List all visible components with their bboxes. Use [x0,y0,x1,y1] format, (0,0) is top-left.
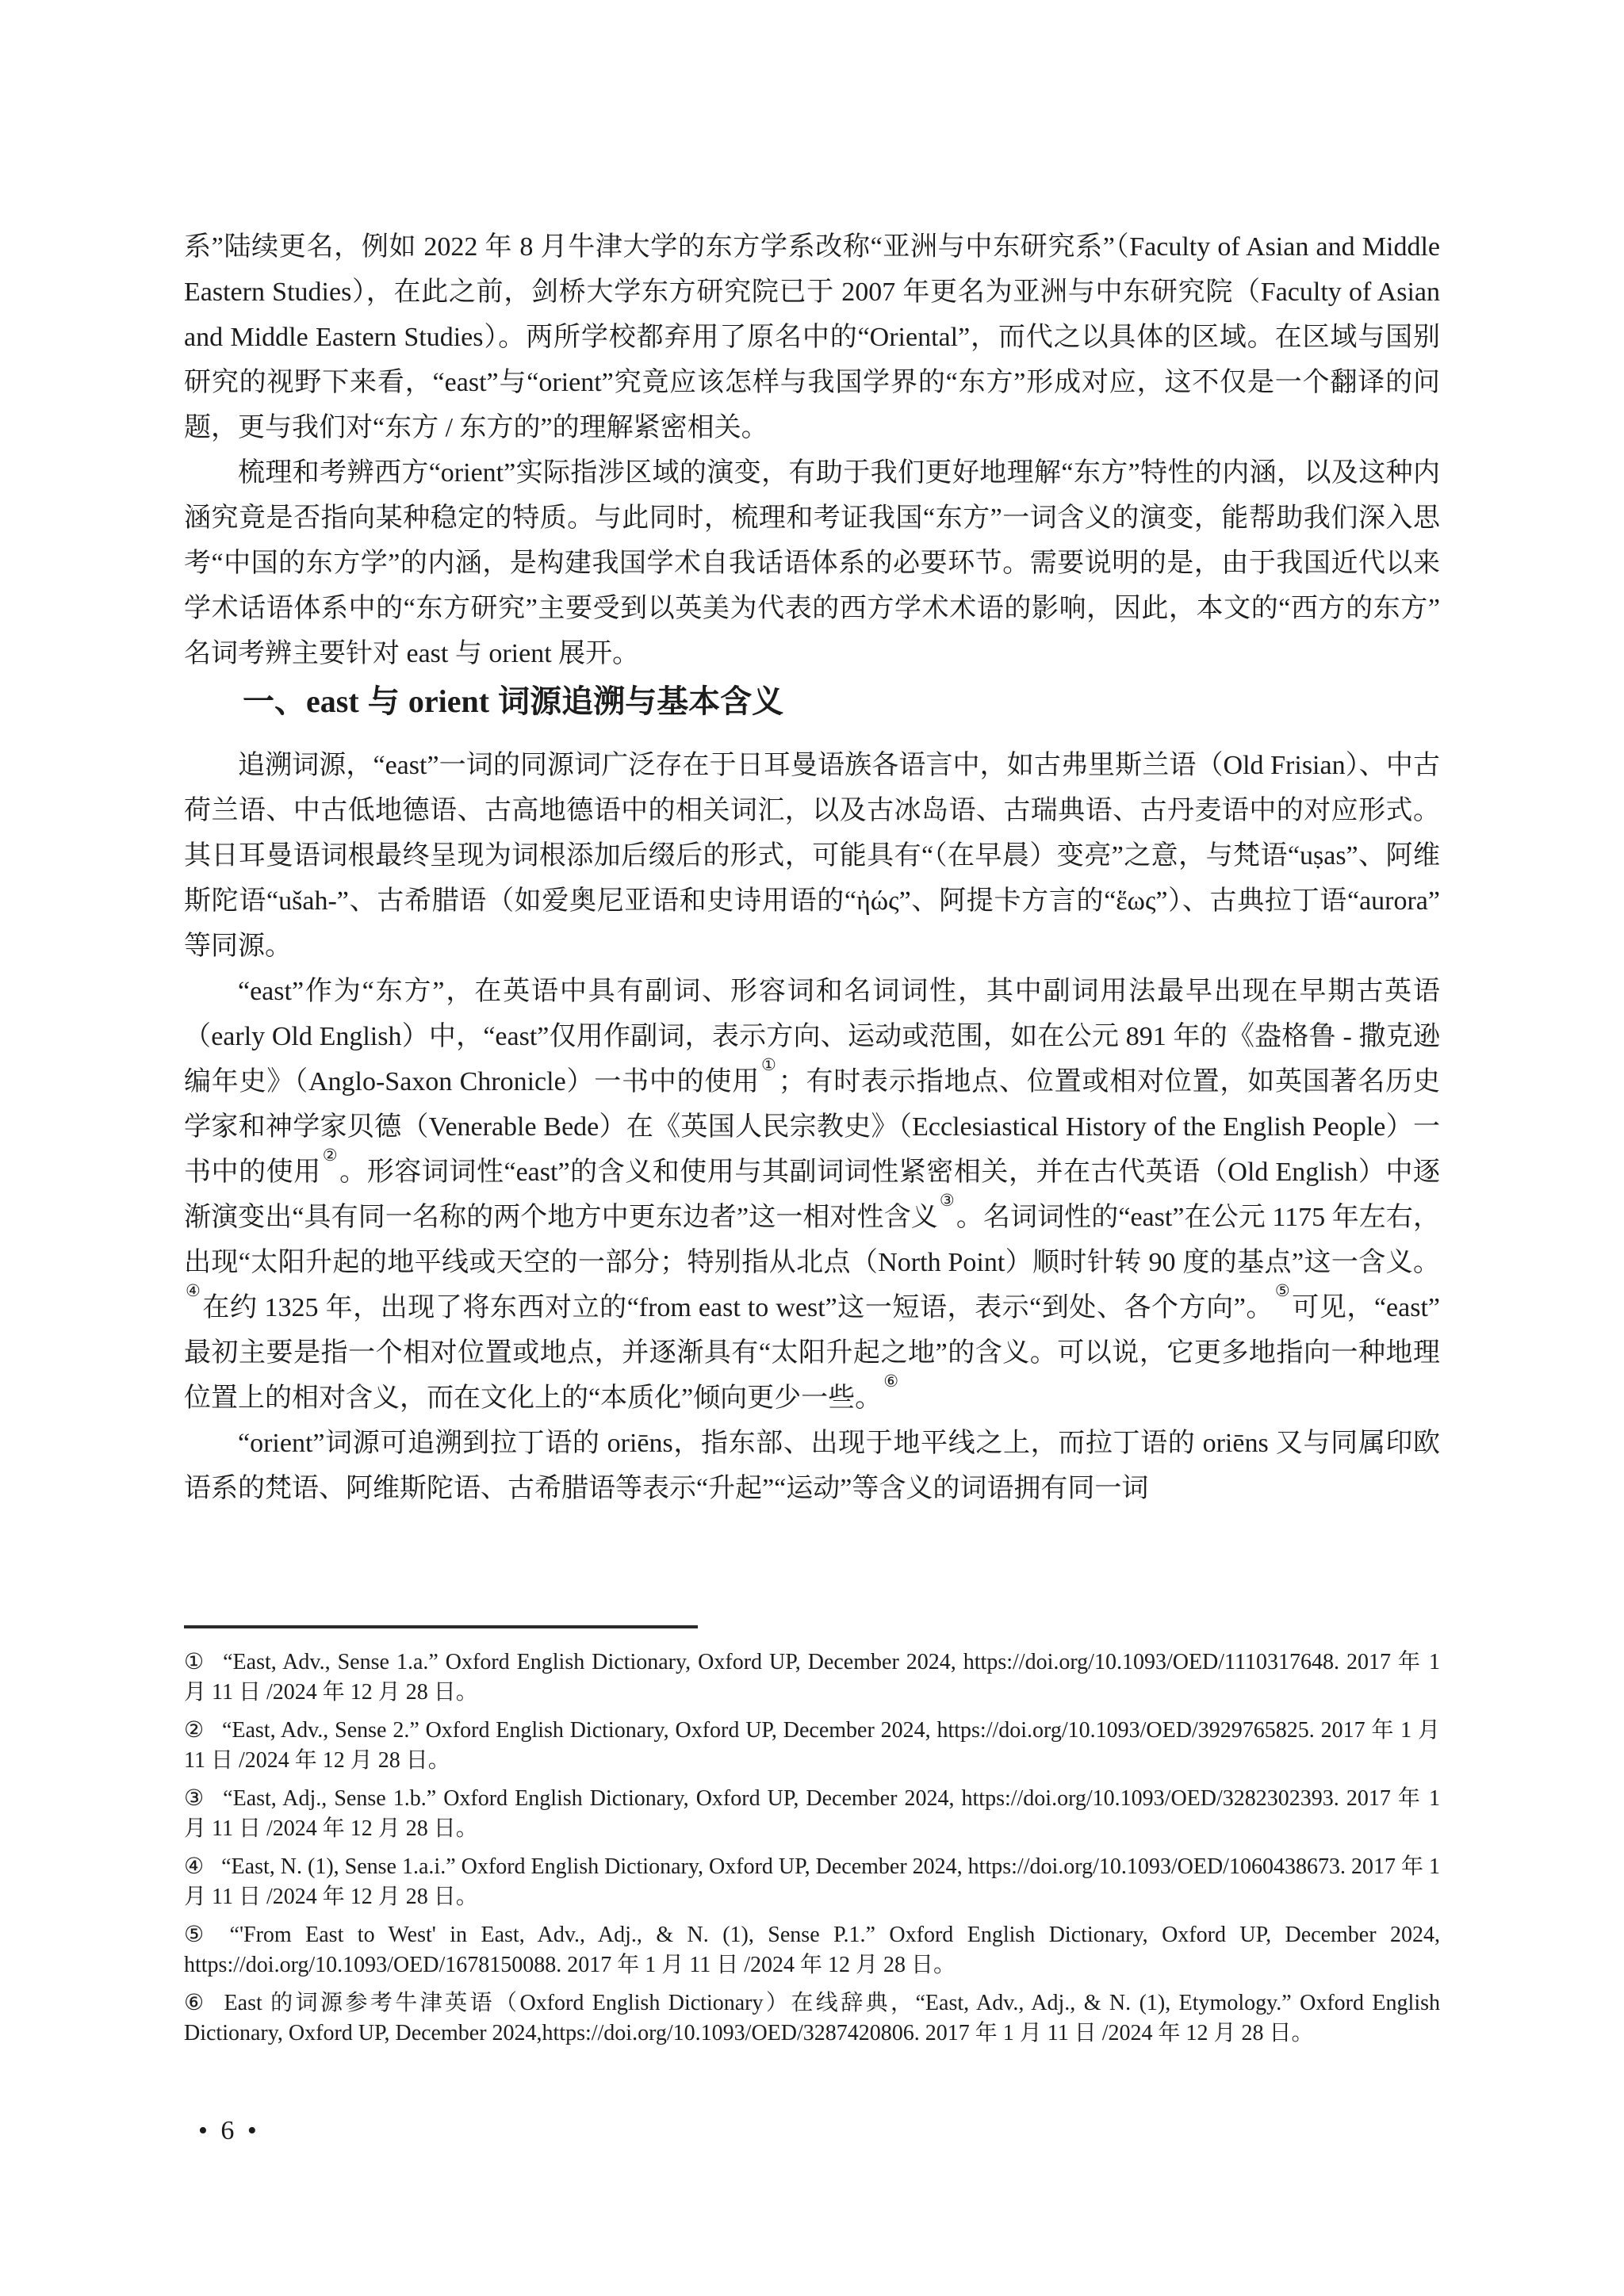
footnote-text: East 的词源参考牛津英语（Oxford English Dictionary… [184,1991,1440,2045]
footnote: ⑥East 的词源参考牛津英语（Oxford English Dictionar… [184,1988,1440,2049]
paragraph-orient-etymology: “orient”词源可追溯到拉丁语的 oriēns，指东部、出现于地平线之上，而… [184,1421,1440,1511]
footnote-ref-3: ③ [940,1191,955,1210]
footnote-marker: ⑤ [184,1923,213,1947]
footnote: ④“East, N. (1), Sense 1.a.i.” Oxford Eng… [184,1852,1440,1912]
footnote: ③“East, Adj., Sense 1.b.” Oxford English… [184,1784,1440,1844]
footnote-ref-1: ① [761,1055,777,1074]
heading-term-orient: orient [408,683,489,719]
footnote: ⑤“'From East to West' in East, Adv., Adj… [184,1920,1440,1980]
paragraph-significance: 梳理和考辨西方“orient”实际指涉区域的演变，有助于我们更好地理解“东方”特… [184,450,1440,676]
heading-number: 一、 [243,684,306,719]
body-text: 系”陆续更名，例如 2022 年 8 月牛津大学的东方学系改称“亚洲与中东研究系… [184,224,1440,1511]
paragraph-east-etymology: 追溯词源，“east”一词的同源词广泛存在于日耳曼语族各语言中，如古弗里斯兰语（… [184,743,1440,969]
paragraph-renaming: 系”陆续更名，例如 2022 年 8 月牛津大学的东方学系改称“亚洲与中东研究系… [184,224,1440,450]
footnote-text: “East, Adv., Sense 2.” Oxford English Di… [184,1718,1440,1773]
footnote-marker: ② [184,1718,205,1743]
footnote: ②“East, Adv., Sense 2.” Oxford English D… [184,1716,1440,1776]
heading-connector: 与 [359,684,408,719]
journal-page: 系”陆续更名，例如 2022 年 8 月牛津大学的东方学系改称“亚洲与中东研究系… [0,0,1624,2296]
footnote-marker: ③ [184,1786,205,1811]
footnote-ref-6: ⑥ [883,1372,898,1391]
section-heading: 一、east 与 orient 词源追溯与基本含义 [184,681,1440,722]
footnote-text: “East, N. (1), Sense 1.a.i.” Oxford Engl… [184,1854,1440,1909]
footnote-ref-5: ⑤ [1275,1281,1290,1300]
footnote-text: “East, Adj., Sense 1.b.” Oxford English … [184,1786,1440,1841]
footnote-text: “East, Adv., Sense 1.a.” Oxford English … [184,1650,1440,1705]
footnote-area: ①“East, Adv., Sense 1.a.” Oxford English… [184,1625,1440,2057]
footnote-marker: ① [184,1650,205,1674]
text-run: 在约 1325 年，出现了将东西对立的“from east to west”这一… [202,1293,1274,1322]
footnote-text: “'From East to West' in East, Adv., Adj.… [184,1923,1440,1977]
footnote-divider [184,1625,698,1628]
paragraph-east-meanings: “east”作为“东方”，在英语中具有副词、形容词和名词词性，其中副词用法最早出… [184,969,1440,1421]
footnote: ①“East, Adv., Sense 1.a.” Oxford English… [184,1647,1440,1708]
footnote-ref-2: ② [323,1146,338,1165]
page-number: • 6 • [198,2115,260,2147]
heading-title-text: 词源追溯与基本含义 [489,684,783,719]
footnote-ref-4: ④ [186,1281,201,1300]
heading-term-east: east [306,683,359,719]
footnote-marker: ⑥ [184,1991,207,2015]
footnote-marker: ④ [184,1854,204,1879]
